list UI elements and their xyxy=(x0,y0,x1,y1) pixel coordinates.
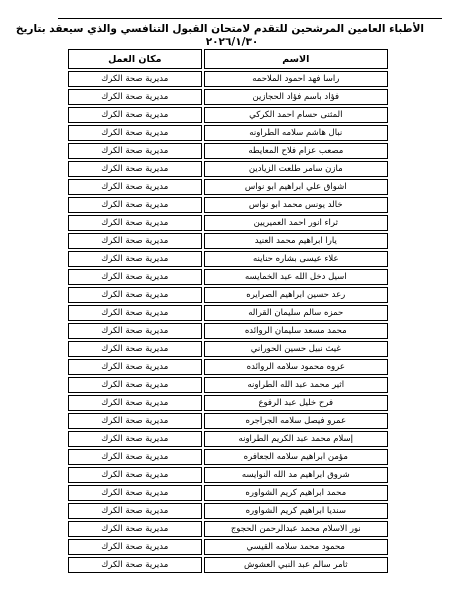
table-row: إسلام محمد عبد الكريم الطراونهمديرية صحة… xyxy=(68,431,388,447)
workplace-cell: مديرية صحة الكرك xyxy=(68,521,202,537)
candidate-name-cell: عروه محمود سلامه الروائده xyxy=(204,359,388,375)
candidate-name-cell: نبال هاشم سلامه الطراونه xyxy=(204,125,388,141)
candidate-name-cell: محمد مسعد سليمان الروائده xyxy=(204,323,388,339)
workplace-cell: مديرية صحة الكرك xyxy=(68,359,202,375)
table-row: مؤمن ابراهيم سلامه الجعافرهمديرية صحة ال… xyxy=(68,449,388,465)
workplace-cell: مديرية صحة الكرك xyxy=(68,287,202,303)
workplace-cell: مديرية صحة الكرك xyxy=(68,557,202,573)
table-row: شروق ابراهيم مد الله النوايسهمديرية صحة … xyxy=(68,467,388,483)
table-row: نور الاسلام محمد عبدالرحمن الحجوجمديرية … xyxy=(68,521,388,537)
workplace-cell: مديرية صحة الكرك xyxy=(68,179,202,195)
workplace-cell: مديرية صحة الكرك xyxy=(68,449,202,465)
table-row: فرح خليل عبد الرفوعمديرية صحة الكرك xyxy=(68,395,388,411)
table-row: راسا فهد احمود الملاحمهمديرية صحة الكرك xyxy=(68,71,388,87)
candidate-name-cell: يارا ابراهيم محمد العنيد xyxy=(204,233,388,249)
table-row: حمزه سالم سليمان القرالهمديرية صحة الكرك xyxy=(68,305,388,321)
candidate-name-cell: ثامر سالم عبد النبي العشوش xyxy=(204,557,388,573)
candidate-name-cell: اثير محمد عبد الله الطراونه xyxy=(204,377,388,393)
candidate-name-cell: شروق ابراهيم مد الله النوايسه xyxy=(204,467,388,483)
candidate-name-cell: إسلام محمد عبد الكريم الطراونه xyxy=(204,431,388,447)
table-body: راسا فهد احمود الملاحمهمديرية صحة الكركف… xyxy=(68,71,388,573)
table-row: ثامر سالم عبد النبي العشوشمديرية صحة الك… xyxy=(68,557,388,573)
table-row: سنديا ابراهيم كريم الشواورهمديرية صحة ال… xyxy=(68,503,388,519)
candidates-table: الاسم مكان العمل راسا فهد احمود الملاحمه… xyxy=(66,47,390,575)
candidate-name-cell: عمرو فيصل سلامه الجراجره xyxy=(204,413,388,429)
top-rule xyxy=(58,18,442,19)
workplace-cell: مديرية صحة الكرك xyxy=(68,143,202,159)
table-row: غيث نبيل حسين الحورانيمديرية صحة الكرك xyxy=(68,341,388,357)
page-title: الأطباء العامين المرشحين للتقدم لامتحان … xyxy=(40,23,424,36)
candidate-name-cell: غيث نبيل حسين الحوراني xyxy=(204,341,388,357)
table-row: محمود محمد سلامه القيسيمديرية صحة الكرك xyxy=(68,539,388,555)
workplace-cell: مديرية صحة الكرك xyxy=(68,413,202,429)
table-row: فؤاد باسم فؤاد الحجازينمديرية صحة الكرك xyxy=(68,89,388,105)
title-block: الأطباء العامين المرشحين للتقدم لامتحان … xyxy=(40,23,424,49)
candidate-name-cell: علاء عيسى بشاره حناينه xyxy=(204,251,388,267)
table-row: مصعب عزام فلاح المعايطهمديرية صحة الكرك xyxy=(68,143,388,159)
column-header-workplace: مكان العمل xyxy=(68,49,202,69)
workplace-cell: مديرية صحة الكرك xyxy=(68,341,202,357)
table-row: المثنى حسام احمد الكركيمديرية صحة الكرك xyxy=(68,107,388,123)
workplace-cell: مديرية صحة الكرك xyxy=(68,197,202,213)
candidate-name-cell: مصعب عزام فلاح المعايطه xyxy=(204,143,388,159)
table-row: اثير محمد عبد الله الطراونهمديرية صحة ال… xyxy=(68,377,388,393)
workplace-cell: مديرية صحة الكرك xyxy=(68,305,202,321)
candidate-name-cell: مؤمن ابراهيم سلامه الجعافره xyxy=(204,449,388,465)
workplace-cell: مديرية صحة الكرك xyxy=(68,251,202,267)
workplace-cell: مديرية صحة الكرك xyxy=(68,539,202,555)
workplace-cell: مديرية صحة الكرك xyxy=(68,71,202,87)
table-row: اسيل دخل الله عبد الخمايسهمديرية صحة الك… xyxy=(68,269,388,285)
table-row: عمرو فيصل سلامه الجراجرهمديرية صحة الكرك xyxy=(68,413,388,429)
candidate-name-cell: محمود محمد سلامه القيسي xyxy=(204,539,388,555)
candidate-name-cell: رعد حسين ابراهيم الصرايره xyxy=(204,287,388,303)
candidate-name-cell: راسا فهد احمود الملاحمه xyxy=(204,71,388,87)
candidate-name-cell: سنديا ابراهيم كريم الشواوره xyxy=(204,503,388,519)
workplace-cell: مديرية صحة الكرك xyxy=(68,215,202,231)
workplace-cell: مديرية صحة الكرك xyxy=(68,269,202,285)
table-row: محمد مسعد سليمان الروائدهمديرية صحة الكر… xyxy=(68,323,388,339)
workplace-cell: مديرية صحة الكرك xyxy=(68,503,202,519)
candidate-name-cell: خالد يونس محمد ابو نواس xyxy=(204,197,388,213)
workplace-cell: مديرية صحة الكرك xyxy=(68,377,202,393)
candidate-name-cell: حمزه سالم سليمان القراله xyxy=(204,305,388,321)
candidate-name-cell: اشواق علي ابراهيم ابو نواس xyxy=(204,179,388,195)
table-row: ثراء انور احمد العميريينمديرية صحة الكرك xyxy=(68,215,388,231)
workplace-cell: مديرية صحة الكرك xyxy=(68,107,202,123)
candidate-name-cell: ثراء انور احمد العميريين xyxy=(204,215,388,231)
candidate-name-cell: نور الاسلام محمد عبدالرحمن الحجوج xyxy=(204,521,388,537)
table-row: اشواق علي ابراهيم ابو نواسمديرية صحة الك… xyxy=(68,179,388,195)
workplace-cell: مديرية صحة الكرك xyxy=(68,323,202,339)
table-row: عروه محمود سلامه الروائدهمديرية صحة الكر… xyxy=(68,359,388,375)
candidate-name-cell: المثنى حسام احمد الكركي xyxy=(204,107,388,123)
table-row: يارا ابراهيم محمد العنيدمديرية صحة الكرك xyxy=(68,233,388,249)
candidate-name-cell: اسيل دخل الله عبد الخمايسه xyxy=(204,269,388,285)
table-row: علاء عيسى بشاره حناينهمديرية صحة الكرك xyxy=(68,251,388,267)
table-row: محمد ابراهيم كريم الشواورهمديرية صحة الك… xyxy=(68,485,388,501)
candidate-name-cell: فرح خليل عبد الرفوع xyxy=(204,395,388,411)
workplace-cell: مديرية صحة الكرك xyxy=(68,125,202,141)
workplace-cell: مديرية صحة الكرك xyxy=(68,161,202,177)
candidate-name-cell: مازن سامر طلعت الزيادين xyxy=(204,161,388,177)
workplace-cell: مديرية صحة الكرك xyxy=(68,431,202,447)
table-header: الاسم مكان العمل xyxy=(68,49,388,69)
table-row: خالد يونس محمد ابو نواسمديرية صحة الكرك xyxy=(68,197,388,213)
candidate-name-cell: محمد ابراهيم كريم الشواوره xyxy=(204,485,388,501)
workplace-cell: مديرية صحة الكرك xyxy=(68,233,202,249)
column-header-name: الاسم xyxy=(204,49,388,69)
table-row: مازن سامر طلعت الزيادينمديرية صحة الكرك xyxy=(68,161,388,177)
table-row: نبال هاشم سلامه الطراونهمديرية صحة الكرك xyxy=(68,125,388,141)
header-row: الاسم مكان العمل xyxy=(68,49,388,69)
workplace-cell: مديرية صحة الكرك xyxy=(68,395,202,411)
table-row: رعد حسين ابراهيم الصرايرهمديرية صحة الكر… xyxy=(68,287,388,303)
workplace-cell: مديرية صحة الكرك xyxy=(68,485,202,501)
document-page: الأطباء العامين المرشحين للتقدم لامتحان … xyxy=(0,0,464,600)
workplace-cell: مديرية صحة الكرك xyxy=(68,467,202,483)
workplace-cell: مديرية صحة الكرك xyxy=(68,89,202,105)
candidate-name-cell: فؤاد باسم فؤاد الحجازين xyxy=(204,89,388,105)
